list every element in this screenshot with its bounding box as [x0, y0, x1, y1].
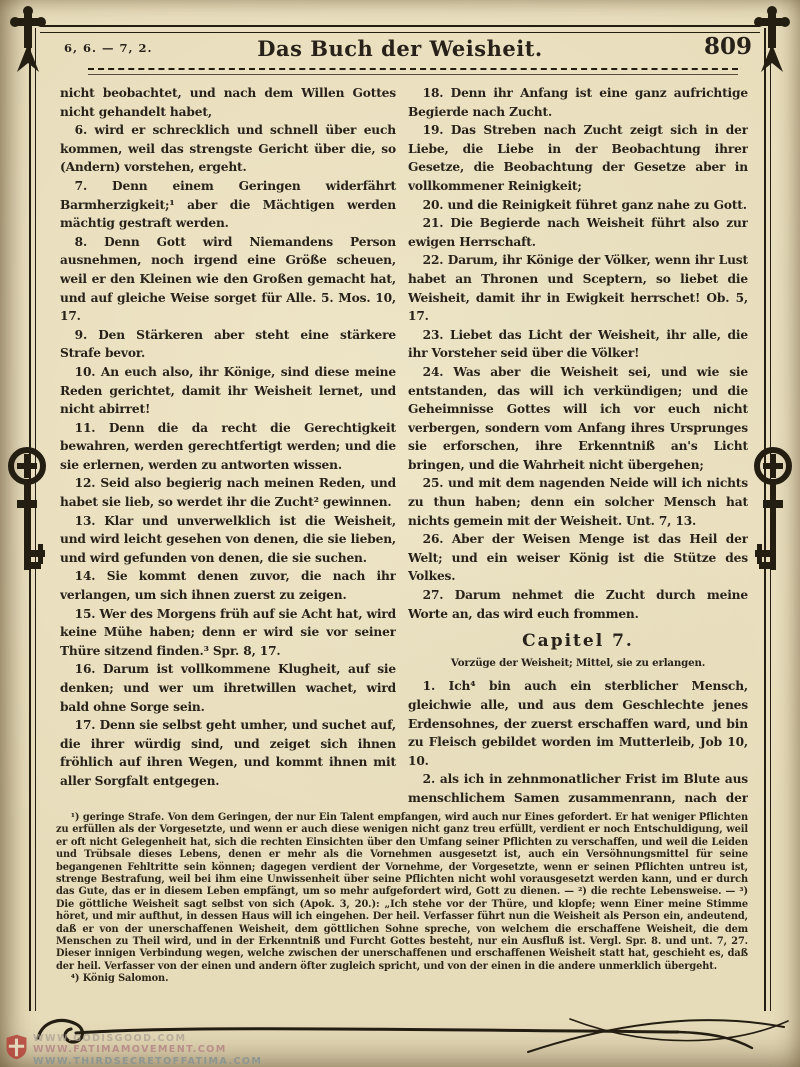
chapter-heading: Capitel 7. [408, 632, 748, 651]
verse-paragraph: 12. Seid also begierig nach meinen Reden… [60, 474, 396, 511]
verse-paragraph: 1. Ich⁴ bin auch ein sterblicher Mensch,… [408, 677, 748, 770]
footnotes-block: ¹) geringe Strafe. Von dem Geringen, der… [56, 812, 748, 1004]
verse-paragraph: 27. Darum nehmet die Zucht durch meine W… [408, 586, 748, 623]
watermark-urls: WWW.GODISGOOD.COMWWW.FATIMAMOVEMENT.COMW… [33, 1033, 262, 1067]
verse-paragraph: 25. und mit dem nagenden Neide will ich … [408, 474, 748, 530]
verse-paragraph: 22. Darum, ihr Könige der Völker, wenn i… [408, 251, 748, 325]
verse-paragraph: 8. Denn Gott wird Niemandens Person ausn… [60, 233, 396, 326]
watermark-shield-cross-icon [5, 1033, 28, 1061]
verse-paragraph: 18. Denn ihr Anfang ist eine ganz aufric… [408, 84, 748, 121]
left-text-column: nicht beobachtet, und nach dem Willen Go… [60, 84, 396, 810]
verse-paragraph: 19. Das Streben nach Zucht zeigt sich in… [408, 121, 748, 195]
right-text-column: 18. Denn ihr Anfang ist eine ganz aufric… [408, 84, 748, 810]
verse-paragraph: 15. Wer des Morgens früh auf sie Acht ha… [60, 605, 396, 661]
top-double-rule [40, 25, 760, 33]
page-number: 809 [704, 33, 752, 60]
footnote: ⁴) König Salomon. [56, 973, 748, 985]
verse-paragraph: nicht beobachtet, und nach dem Willen Go… [60, 84, 396, 121]
chapter-subtitle: Vorzüge der Weisheit; Mittel, sie zu erl… [408, 654, 748, 673]
verse-paragraph: 21. Die Begierde nach Weisheit führt als… [408, 214, 748, 251]
verse-paragraph: 17. Denn sie selbst geht umher, und such… [60, 716, 396, 790]
header-dashed-rule [88, 68, 738, 75]
key-ornament-icon-left [5, 440, 49, 580]
verse-paragraph: 7. Denn einem Geringen widerfährt Barmhe… [60, 177, 396, 233]
key-ornament-icon-right [751, 440, 795, 580]
verse-paragraph: 20. und die Reinigkeit führet ganz nahe … [408, 196, 748, 215]
watermark-url: WWW.FATIMAMOVEMENT.COM [33, 1044, 262, 1055]
verse-paragraph: 16. Darum ist vollkommene Klugheit, auf … [60, 660, 396, 716]
scanned-book-page: 6, 6. — 7, 2. Das Buch der Weisheit. 809… [0, 0, 800, 1067]
watermark-url: WWW.THIRDSECRETOFFATIMA.COM [33, 1056, 262, 1067]
verse-paragraph: 11. Denn die da recht die Gerechtigkeit … [60, 419, 396, 475]
page-title: Das Buch der Weisheit. [0, 36, 800, 61]
verse-paragraph: 2. als ich in zehnmonatlicher Frist im B… [408, 770, 748, 810]
verse-paragraph: 9. Den Stärkeren aber steht eine stärker… [60, 326, 396, 363]
verse-paragraph: 10. An euch also, ihr Könige, sind diese… [60, 363, 396, 419]
footnote: ¹) geringe Strafe. Von dem Geringen, der… [56, 812, 748, 973]
verse-paragraph: 24. Was aber die Weisheit sei, und wie s… [408, 363, 748, 475]
right-column-verses-bottom: 1. Ich⁴ bin auch ein sterblicher Mensch,… [408, 677, 748, 810]
verse-paragraph: 26. Aber der Weisen Menge ist das Heil d… [408, 530, 748, 586]
watermark-url: WWW.GODISGOOD.COM [33, 1033, 262, 1044]
verse-paragraph: 6. wird er schrecklich und schnell über … [60, 121, 396, 177]
verse-paragraph: 14. Sie kommt denen zuvor, die nach ihr … [60, 567, 396, 604]
watermark: WWW.GODISGOOD.COMWWW.FATIMAMOVEMENT.COMW… [5, 1033, 262, 1067]
right-column-verses-top: 18. Denn ihr Anfang ist eine ganz aufric… [408, 84, 748, 623]
verse-paragraph: 23. Liebet das Licht der Weisheit, ihr a… [408, 326, 748, 363]
verse-paragraph: 13. Klar und unverwelklich ist die Weish… [60, 512, 396, 568]
